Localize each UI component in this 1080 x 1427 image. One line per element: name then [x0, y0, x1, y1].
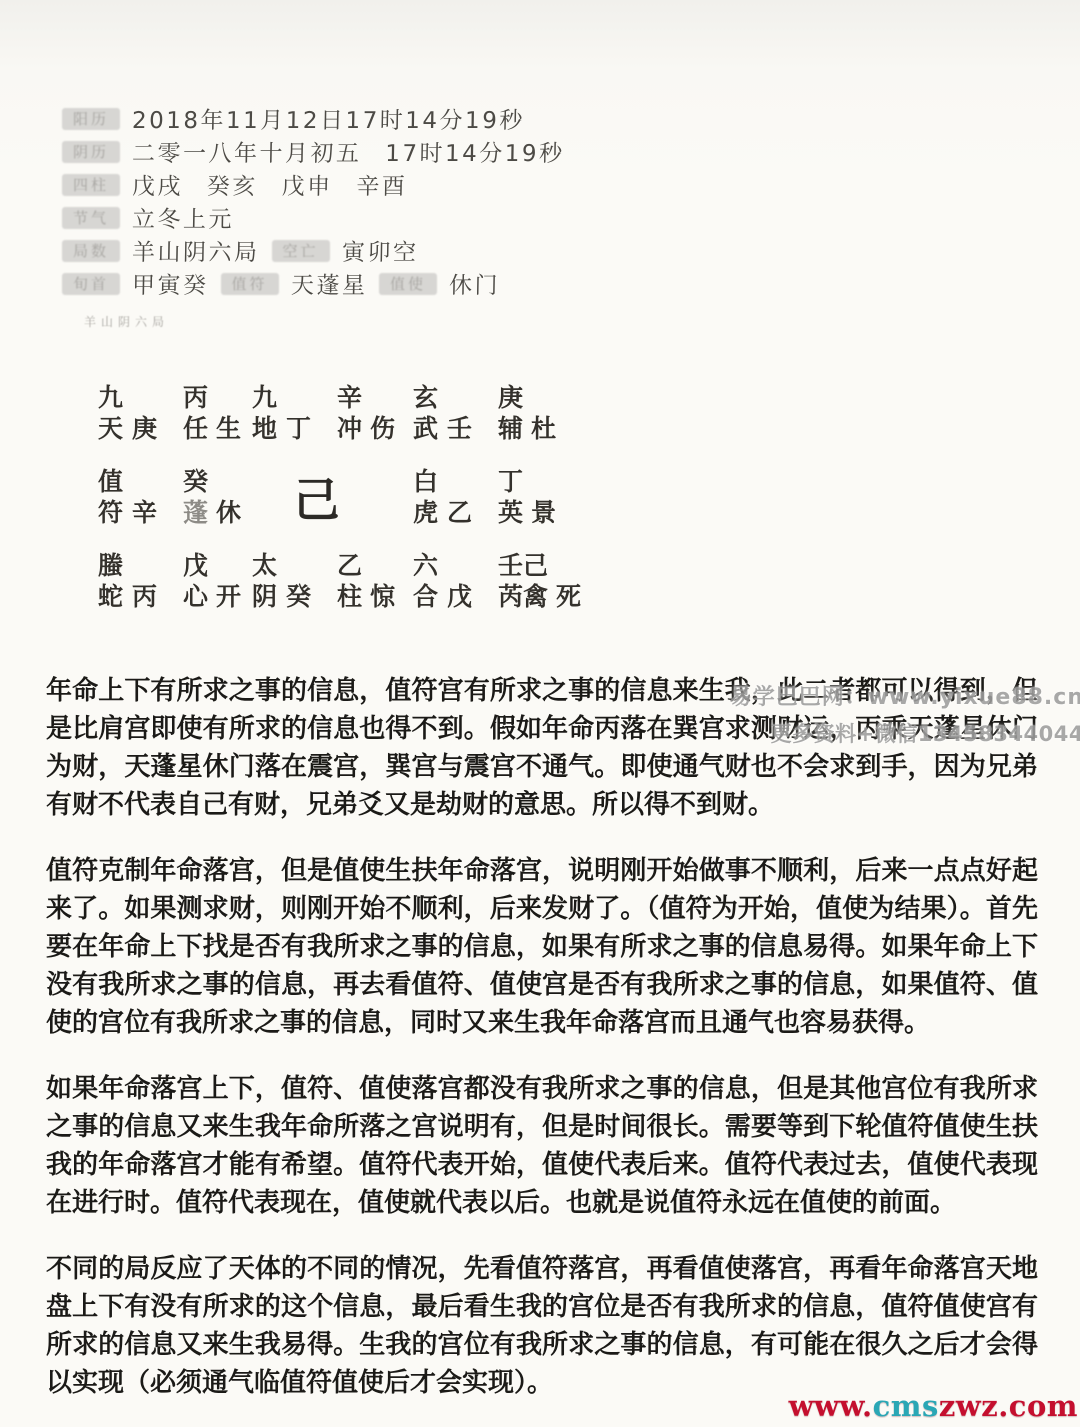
palace-middle-right: 白虎乙丁英景 — [413, 466, 571, 528]
header-value: 二零一八年十月初五 17时14分19秒 — [132, 135, 565, 168]
palace-bottom-left: 螣蛇丙戊心开 — [98, 550, 252, 612]
deity-label: 九天 — [98, 382, 123, 444]
door-label: 开 — [216, 581, 241, 612]
heaven-stem: 戊 — [183, 550, 208, 581]
palace-content: 值符辛癸蓬休 — [98, 466, 241, 528]
palace-content: 九天庚丙任生 — [98, 382, 241, 444]
palace-center: 己 — [252, 466, 413, 528]
label-chip: 四柱 — [62, 174, 120, 196]
palace-content: 玄武壬庚辅杜 — [413, 382, 556, 444]
deity-label: 玄武 — [413, 382, 438, 444]
label-chip: 值符 — [221, 273, 279, 295]
palace-middle-left: 值符辛癸蓬休 — [98, 466, 252, 528]
palace-bottom-center: 太阴癸乙柱惊 — [252, 550, 413, 612]
earth-stem: 丁 — [286, 413, 311, 444]
star-label: 柱 — [337, 581, 362, 612]
body-paragraph: 如果年命落宫上下，值符、值使落宫都没有我所求之事的信息，但是其他宫位有我所求之事… — [46, 1070, 1038, 1222]
qimen-grid: 九天庚丙任生九地丁辛冲伤玄武壬庚辅杜值符辛癸蓬休己白虎乙丁英景螣蛇丙戊心开太阴癸… — [98, 382, 571, 612]
chart-caption: 羊山阴六局 — [84, 313, 169, 330]
header-value: 立冬上元 — [132, 201, 235, 234]
label-chip: 局数 — [62, 240, 120, 262]
deity-label: 太阴 — [252, 550, 277, 612]
star-column: 丙任 — [183, 382, 208, 444]
star-label: 冲 — [337, 413, 362, 444]
deity-char: 九 — [252, 382, 277, 413]
palace-content: 九地丁辛冲伤 — [252, 382, 395, 444]
palace-bottom-right: 六合戊壬己芮禽死 — [413, 550, 571, 612]
door-label: 伤 — [370, 413, 395, 444]
earth-stem: 壬 — [447, 413, 472, 444]
deity-char: 九 — [98, 382, 123, 413]
star-column: 壬己芮禽 — [498, 550, 548, 612]
deity-char: 合 — [413, 581, 438, 612]
header-value: 戊戌 癸亥 戊申 辛酉 — [132, 168, 408, 201]
deity-label: 值符 — [98, 466, 123, 528]
label-chip: 阴历 — [62, 141, 120, 163]
deity-char: 地 — [252, 413, 277, 444]
deity-char: 白 — [413, 466, 438, 497]
header-line: 阴历二零一八年十月初五 17时14分19秒 — [62, 135, 565, 168]
deity-char: 天 — [98, 413, 123, 444]
chart-header: 阳历2018年11月12日17时14分19秒阴历二零一八年十月初五 17时14分… — [62, 102, 565, 300]
palace-content: 太阴癸乙柱惊 — [252, 550, 395, 612]
header-value: 甲寅癸 — [132, 267, 209, 300]
label-chip: 阳历 — [62, 108, 120, 130]
label-chip: 空亡 — [272, 240, 330, 262]
deity-char: 虎 — [413, 497, 438, 528]
palace-content: 白虎乙丁英景 — [413, 466, 556, 528]
deity-char: 符 — [98, 497, 123, 528]
deity-char: 玄 — [413, 382, 438, 413]
star-column: 乙柱 — [337, 550, 362, 612]
header-value: 2018年11月12日17时14分19秒 — [132, 102, 525, 135]
heaven-stem: 庚 — [498, 382, 523, 413]
header-value: 天蓬星 — [290, 267, 367, 300]
deity-label: 螣蛇 — [98, 550, 123, 612]
header-line: 局数羊山阴六局空亡寅卯空 — [62, 234, 565, 267]
header-line: 四柱戊戌 癸亥 戊申 辛酉 — [62, 168, 565, 201]
palace-content: 六合戊壬己芮禽死 — [413, 550, 581, 612]
label-chip: 节气 — [62, 207, 120, 229]
earth-stem: 癸 — [286, 581, 311, 612]
star-label: 心 — [183, 581, 208, 612]
earth-stem: 辛 — [132, 497, 157, 528]
deity-char: 太 — [252, 550, 277, 581]
document-page: 阳历2018年11月12日17时14分19秒阴历二零一八年十月初五 17时14分… — [0, 0, 1080, 1427]
watermark-text-part: zwz.com — [939, 1389, 1078, 1423]
earth-stem: 乙 — [447, 497, 472, 528]
header-value: 羊山阴六局 — [132, 234, 260, 267]
deity-label: 六合 — [413, 550, 438, 612]
watermark-yixue-line1: 易学巴巴网：www.yixue88.cn — [730, 680, 1080, 716]
star-column: 庚辅 — [498, 382, 523, 444]
star-label: 英 — [498, 497, 523, 528]
star-column: 丁英 — [498, 466, 523, 528]
header-line: 节气立冬上元 — [62, 201, 565, 234]
deity-char: 螣 — [98, 550, 123, 581]
star-column: 戊心 — [183, 550, 208, 612]
door-label: 休 — [216, 497, 241, 528]
header-value: 休门 — [449, 267, 501, 300]
earth-stem: 庚 — [132, 413, 157, 444]
deity-char: 值 — [98, 466, 123, 497]
watermark-cmszwz: www.cmszwz.com — [789, 1389, 1078, 1423]
star-column: 癸蓬 — [183, 466, 208, 528]
deity-char: 蛇 — [98, 581, 123, 612]
palace-top-right: 玄武壬庚辅杜 — [413, 382, 571, 444]
deity-char: 武 — [413, 413, 438, 444]
heaven-stem: 乙 — [337, 550, 362, 581]
body-paragraph: 不同的局反应了天体的不同的情况，先看值符落宫，再看值使落宫，再看年命落宫天地盘上… — [46, 1250, 1038, 1402]
header-value: 寅卯空 — [341, 234, 418, 267]
deity-char: 阴 — [252, 581, 277, 612]
header-line: 阳历2018年11月12日17时14分19秒 — [62, 102, 565, 135]
earth-stem: 戊 — [447, 581, 472, 612]
star-label: 辅 — [498, 413, 523, 444]
heaven-stem: 丁 — [498, 466, 523, 497]
deity-label: 九地 — [252, 382, 277, 444]
star-label: 蓬 — [183, 497, 208, 528]
door-label: 生 — [216, 413, 241, 444]
heaven-stem: 丙 — [183, 382, 208, 413]
star-label: 任 — [183, 413, 208, 444]
door-label: 惊 — [370, 581, 395, 612]
heaven-stem: 壬己 — [498, 550, 548, 581]
door-label: 景 — [531, 497, 556, 528]
watermark-yixue-line2: 更多资料+微信13458344044 — [730, 716, 1080, 752]
palace-top-left: 九天庚丙任生 — [98, 382, 252, 444]
deity-char: 六 — [413, 550, 438, 581]
label-chip: 值使 — [379, 273, 437, 295]
watermark-text-part: cms — [873, 1389, 939, 1423]
star-column: 辛冲 — [337, 382, 362, 444]
body-text: 年命上下有所求之事的信息，值符宫有所求之事的信息来生我，此二者都可以得到，但是比… — [46, 672, 1038, 1427]
watermark-yixue: 易学巴巴网：www.yixue88.cn 更多资料+微信13458344044 — [730, 680, 1080, 752]
heaven-stem: 辛 — [337, 382, 362, 413]
watermark-text-part: www. — [789, 1389, 873, 1423]
body-paragraph: 值符克制年命落宫，但是值使生扶年命落宫，说明刚开始做事不顺利，后来一点点好起来了… — [46, 852, 1038, 1042]
palace-top-center: 九地丁辛冲伤 — [252, 382, 413, 444]
center-stem: 己 — [294, 464, 340, 530]
palace-content: 螣蛇丙戊心开 — [98, 550, 241, 612]
deity-label: 白虎 — [413, 466, 438, 528]
header-line: 旬首甲寅癸值符天蓬星值使休门 — [62, 267, 565, 300]
star-label: 芮禽 — [498, 581, 548, 612]
door-label: 死 — [556, 581, 581, 612]
heaven-stem: 癸 — [183, 466, 208, 497]
door-label: 杜 — [531, 413, 556, 444]
label-chip: 旬首 — [62, 273, 120, 295]
earth-stem: 丙 — [132, 581, 157, 612]
